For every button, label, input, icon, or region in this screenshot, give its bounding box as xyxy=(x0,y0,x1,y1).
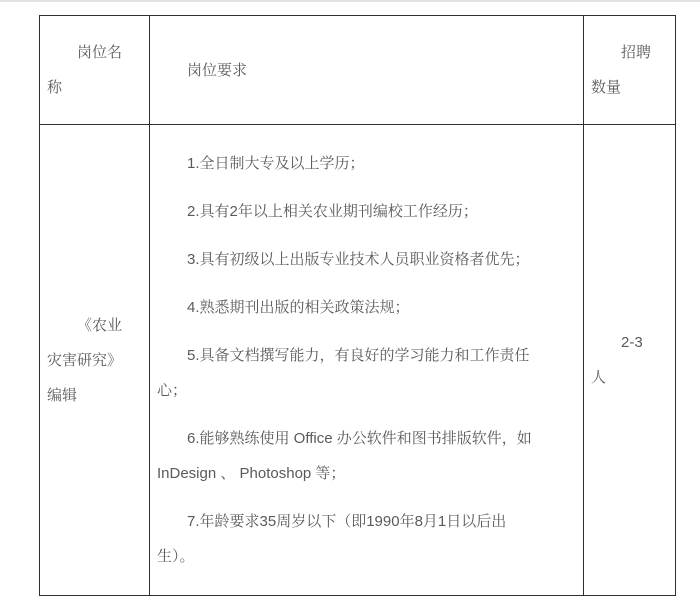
header-requirements-label: 岗位要求 xyxy=(157,53,576,88)
cell-requirements: 1.全日制大专及以上学历； 2.具有2年以上相关农业期刊编校工作经历； 3.具有… xyxy=(150,125,584,596)
requirement-item-7: 7.年龄要求35周岁以下（即1990年8月1日以后出 生）。 xyxy=(157,504,576,574)
table-header-row: 岗位名 称 岗位要求 招聘 数量 xyxy=(40,16,676,125)
position-name-text: 《农业 灾害研究》 编辑 xyxy=(47,308,142,413)
headcount-text: 2-3 人 xyxy=(591,325,668,395)
header-headcount-label: 招聘 数量 xyxy=(591,35,668,105)
header-cell-headcount: 招聘 数量 xyxy=(584,16,676,125)
cell-headcount: 2-3 人 xyxy=(584,125,676,596)
requirement-item-2: 2.具有2年以上相关农业期刊编校工作经历； xyxy=(157,194,576,229)
table-row: 《农业 灾害研究》 编辑 1.全日制大专及以上学历； 2.具有2年以上相关农业期… xyxy=(40,125,676,596)
header-cell-position-name: 岗位名 称 xyxy=(40,16,150,125)
recruitment-table: 岗位名 称 岗位要求 招聘 数量 《农业 灾害研究》 编辑 1.全日制大专及以上… xyxy=(39,15,676,596)
cell-position-name: 《农业 灾害研究》 编辑 xyxy=(40,125,150,596)
requirement-item-6: 6.能够熟练使用 Office 办公软件和图书排版软件，如 InDesign 、… xyxy=(157,421,576,491)
header-position-name-label: 岗位名 称 xyxy=(47,35,142,105)
requirement-item-3: 3.具有初级以上出版专业技术人员职业资格者优先； xyxy=(157,242,576,277)
requirement-item-5: 5.具备文档撰写能力，有良好的学习能力和工作责任 心； xyxy=(157,338,576,408)
page-top-divider xyxy=(0,0,700,2)
header-cell-requirements: 岗位要求 xyxy=(150,16,584,125)
requirement-item-1: 1.全日制大专及以上学历； xyxy=(157,146,576,181)
requirement-item-4: 4.熟悉期刊出版的相关政策法规； xyxy=(157,290,576,325)
